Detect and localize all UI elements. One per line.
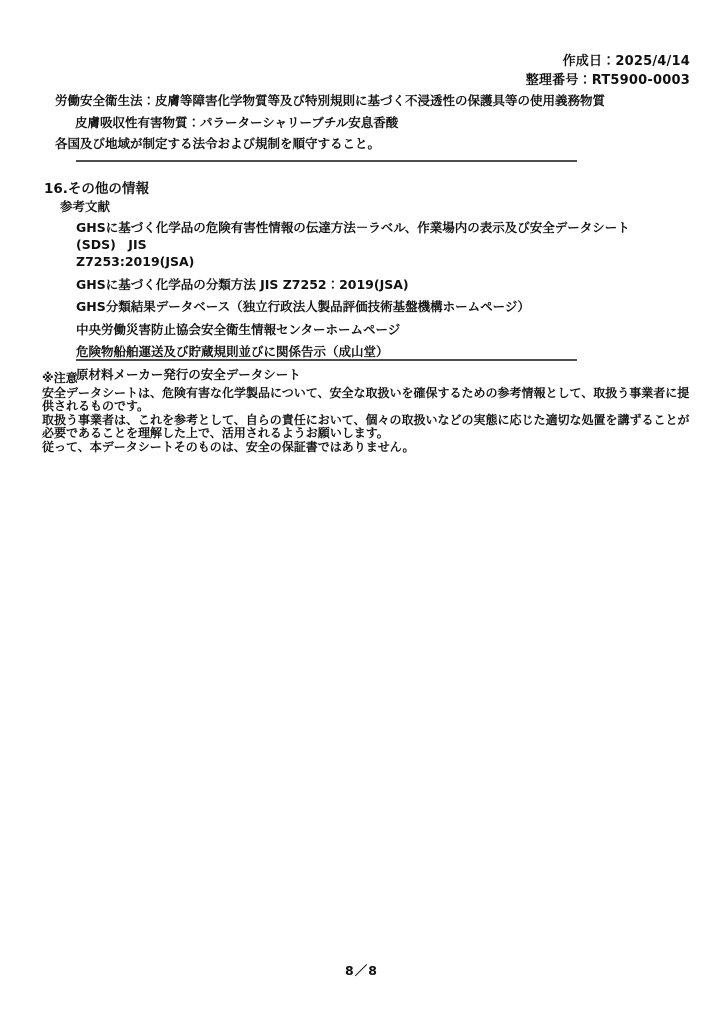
page-number: 8／8: [0, 961, 723, 979]
caution-notes-block: ※注意 安全データシートは、危険有害な化学製品について、安全な取扱いを確保するた…: [42, 372, 690, 454]
references-list: GHSに基づく化学品の危険有害性情報の伝達方法－ラベル、作業場内の表示及び安全デ…: [76, 219, 661, 388]
skin-absorption-substance-line: 皮膚吸収性有害物質：パラーターシャリーブチル安息香酸: [55, 112, 695, 134]
section-16-title: 16.その他の情報: [44, 177, 149, 197]
references-heading: 参考文献: [60, 197, 110, 215]
reference-item: GHSに基づく化学品の分類方法 JIS Z7252：2019(JSA): [76, 276, 661, 293]
industrial-safety-law-line: 労働安全衛生法：皮膚等障害化学物質等及び特別規則に基づく不浸透性の保護具等の使用…: [55, 90, 695, 112]
note-paragraph: 従って、本データシートそのものは、安全の保証書ではありません。: [42, 441, 690, 455]
document-header: 作成日：2025/4/14 整理番号：RT5900-0003: [526, 52, 690, 90]
regulatory-info-block: 労働安全衛生法：皮膚等障害化学物質等及び特別規則に基づく不浸透性の保護具等の使用…: [55, 90, 695, 155]
reference-item: GHS分類結果データベース（独立行政法人製品評価技術基盤機構ホームページ）: [76, 298, 661, 315]
note-paragraph: 安全データシートは、危険有害な化学製品について、安全な取扱いを確保するための参考…: [42, 387, 690, 414]
reference-number-line: 整理番号：RT5900-0003: [526, 71, 690, 90]
reference-item: GHSに基づく化学品の危険有害性情報の伝達方法－ラベル、作業場内の表示及び安全デ…: [76, 219, 661, 270]
sds-document-page: 作成日：2025/4/14 整理番号：RT5900-0003 労働安全衛生法：皮…: [0, 0, 723, 1024]
reference-item: 中央労働災害防止協会安全衛生情報センターホームページ: [76, 321, 661, 338]
reference-item: 危険物船舶運送及び貯蔵規則並びに関係告示（成山堂）: [76, 343, 661, 360]
section-separator-line: [76, 359, 577, 361]
caution-marker: ※注意: [42, 372, 690, 386]
created-date-line: 作成日：2025/4/14: [526, 52, 690, 71]
note-paragraph: 取扱う事業者は、これを参考として、自らの責任において、個々の取扱いなどの実態に応…: [42, 414, 690, 441]
compliance-line: 各国及び地域が制定する法令および規制を順守すること。: [55, 133, 695, 155]
section-separator-line: [76, 160, 577, 162]
